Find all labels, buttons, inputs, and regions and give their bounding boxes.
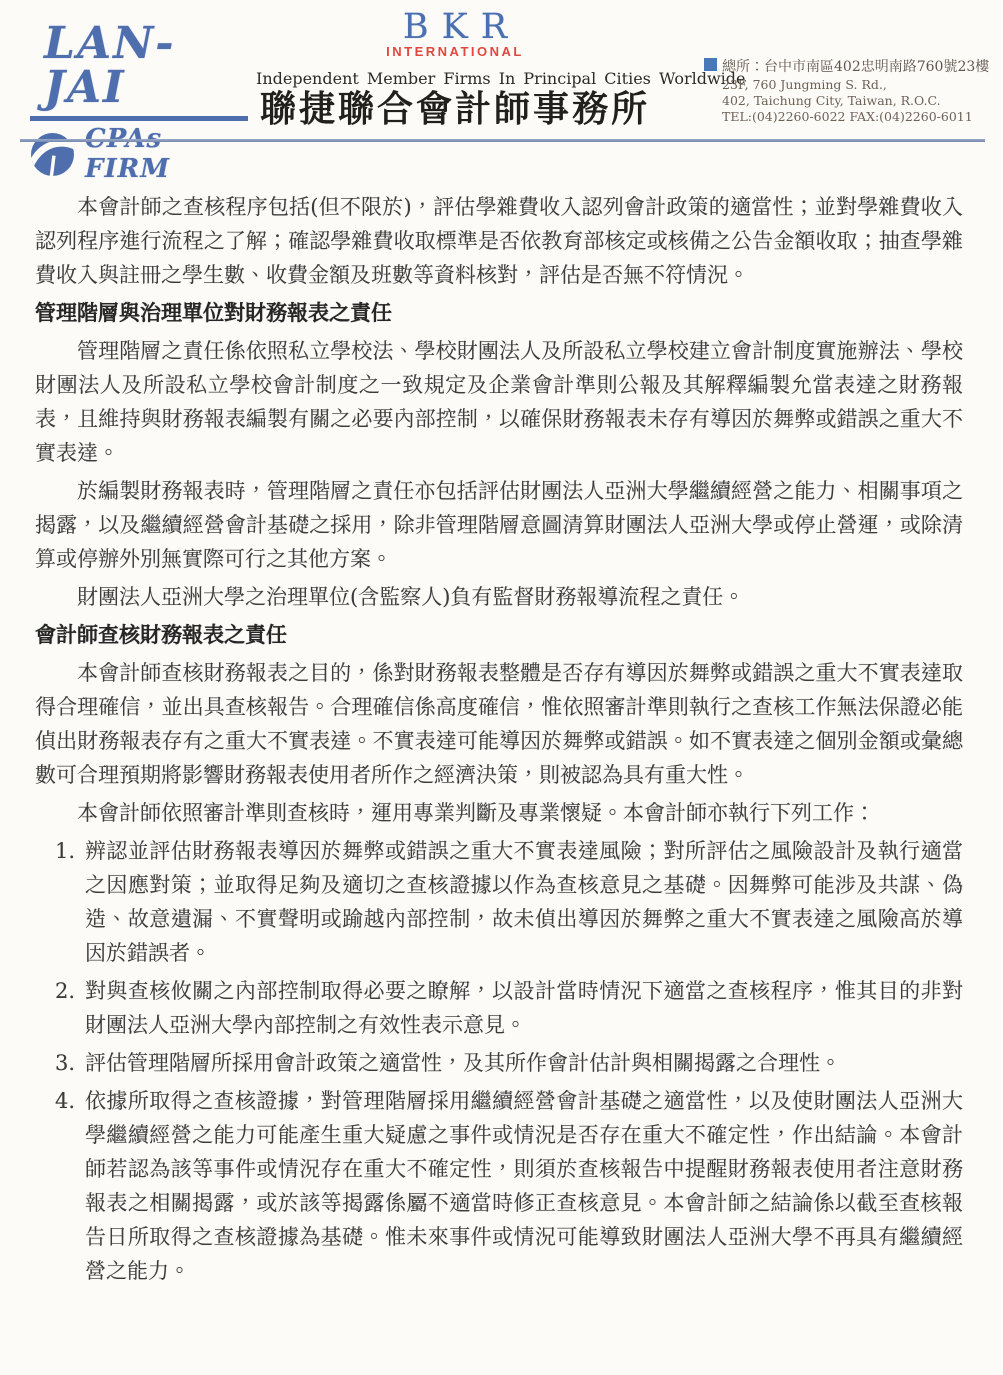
intro-paragraph: 本會計師之查核程序包括(但不限於)，評估學雜費收入認列會計政策的適當性；並對學雜…	[35, 190, 963, 292]
list-item-text: 依據所取得之查核證據，對管理階層採用繼續經營會計基礎之適當性，以及使財團法人亞洲…	[85, 1089, 963, 1283]
bkr-tagline: Independent Member Firms In Principal Ci…	[256, 69, 654, 88]
list-item-number: 4.	[55, 1084, 75, 1118]
bkr-wordmark: BKR	[256, 8, 654, 47]
lanjai-wordmark: LAN-JAI	[30, 22, 248, 110]
audit-work-list: 1. 辨認並評估財務報表導因於舞弊或錯誤之重大不實表達風險；對所評估之風險設計及…	[35, 834, 963, 1288]
list-item: 4. 依據所取得之查核證據，對管理階層採用繼續經營會計基礎之適當性，以及使財團法…	[35, 1084, 963, 1288]
lanjai-underline	[30, 116, 248, 121]
paragraph: 財團法人亞洲大學之治理單位(含監察人)負有監督財務報導流程之責任。	[35, 580, 963, 614]
paragraph: 本會計師查核財務報表之目的，係對財務報表整體是否存有導因於舞弊或錯誤之重大不實表…	[35, 656, 963, 792]
paragraph: 管理階層之責任係依照私立學校法、學校財團法人及所設私立學校建立會計制度實施辦法、…	[35, 334, 963, 470]
list-item-number: 2.	[55, 974, 75, 1008]
address-line-en-1: 23F, 760 Jungming S. Rd.,	[722, 77, 996, 93]
firm-name-chinese: 聯捷聯合會計師事務所	[256, 89, 654, 130]
list-item-text: 對與查核攸關之內部控制取得必要之瞭解，以設計當時情況下適當之查核程序，惟其目的非…	[85, 979, 963, 1037]
paragraph: 於編製財務報表時，管理階層之責任亦包括評估財團法人亞洲大學繼續經營之能力、相關事…	[35, 474, 963, 576]
lanjai-subtitle: CPAs FIRM	[85, 124, 248, 184]
report-body: 本會計師之查核程序包括(但不限於)，評估學雜費收入認列會計政策的適當性；並對學雜…	[35, 190, 963, 1292]
lanjai-logo: LAN-JAI CPAs FIRM	[30, 22, 248, 184]
list-item-text: 評估管理階層所採用會計政策之適當性，及其所作會計估計與相關揭露之合理性。	[85, 1051, 841, 1075]
paragraph: 本會計師依照審計準則查核時，運用專業判斷及專業懷疑。本會計師亦執行下列工作：	[35, 796, 963, 830]
list-item-number: 1.	[55, 834, 75, 868]
bullet-square-icon	[704, 58, 717, 71]
list-item: 2. 對與查核攸關之內部控制取得必要之瞭解，以設計當時情況下適當之查核程序，惟其…	[35, 974, 963, 1042]
list-item: 3. 評估管理階層所採用會計政策之適當性，及其所作會計估計與相關揭露之合理性。	[35, 1046, 963, 1080]
list-item-number: 3.	[55, 1046, 75, 1080]
list-item-text: 辨認並評估財務報表導因於舞弊或錯誤之重大不實表達風險；對所評估之風險設計及執行適…	[85, 839, 963, 965]
bkr-international-label: INTERNATIONAL	[256, 44, 654, 59]
document-page: LAN-JAI CPAs FIRM BKR INTERNATIONAL Inde…	[0, 0, 1003, 1375]
section-heading-management-responsibility: 管理階層與治理單位對財務報表之責任	[35, 296, 963, 330]
address-line-zh: 總所：台中市南區402忠明南路760號23樓	[722, 56, 989, 76]
bkr-block: BKR INTERNATIONAL Independent Member Fir…	[256, 8, 654, 130]
header-divider	[20, 139, 985, 142]
list-item: 1. 辨認並評估財務報表導因於舞弊或錯誤之重大不實表達風險；對所評估之風險設計及…	[35, 834, 963, 970]
address-block: 總所：台中市南區402忠明南路760號23樓 23F, 760 Jungming…	[704, 56, 996, 125]
letterhead: LAN-JAI CPAs FIRM BKR INTERNATIONAL Inde…	[0, 0, 1003, 140]
address-line-en-2: 402, Taichung City, Taiwan, R.O.C.	[722, 93, 996, 109]
address-line-tel-fax: TEL:(04)2260-6022 FAX:(04)2260-6011	[722, 109, 996, 125]
section-heading-auditor-responsibility: 會計師查核財務報表之責任	[35, 618, 963, 652]
